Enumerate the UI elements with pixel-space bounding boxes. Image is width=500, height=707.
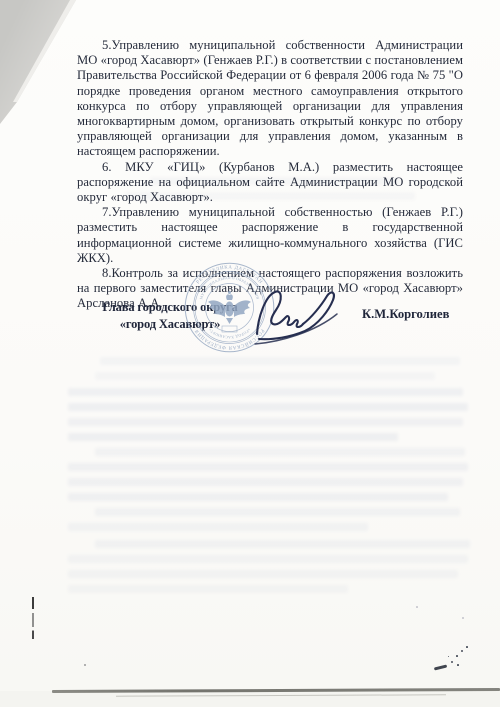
ink-speck (451, 661, 453, 663)
signatory-name: К.М.Корголиев (362, 307, 449, 322)
dust-speck (416, 606, 418, 608)
handwritten-signature (245, 284, 341, 348)
bleedthrough-line (68, 570, 458, 578)
paragraph-5: 5.Управлению муниципальной собственности… (77, 38, 463, 160)
signature-stroke (259, 293, 334, 340)
ink-speck (461, 650, 463, 652)
paragraph-7: 7.Управлению муниципальной собственность… (77, 205, 463, 266)
bleedthrough-line (68, 585, 348, 593)
bleedthrough-line (95, 448, 465, 456)
dust-speck (84, 664, 86, 666)
bleedthrough-line (68, 478, 463, 486)
bleedthrough-line (68, 403, 468, 411)
bleedthrough-line (100, 357, 460, 365)
bleedthrough-line (68, 555, 468, 563)
pen-mark-dash (434, 664, 447, 670)
bleedthrough-line (95, 372, 435, 380)
bleedthrough-line (68, 433, 398, 441)
bleedthrough-line (68, 463, 468, 471)
ink-speck (457, 664, 459, 666)
bleedthrough-line (68, 418, 463, 426)
bleedthrough-line (68, 388, 463, 396)
bleedthrough-line (68, 523, 368, 531)
bleedthrough-line (95, 508, 460, 516)
dust-speck (462, 617, 464, 619)
ink-speck (456, 655, 458, 657)
scanned-document-page: 5.Управлению муниципальной собственности… (0, 0, 500, 707)
signature-stroke (257, 291, 303, 334)
bleedthrough-line (95, 540, 470, 548)
bleedthrough-line (68, 493, 448, 501)
ink-speck (448, 656, 449, 657)
paragraph-6: 6. МКУ «ГИЦ» (Курбанов М.А.) разместить … (77, 160, 463, 206)
ink-speck (466, 646, 468, 648)
pen-mark-vertical (32, 597, 34, 639)
